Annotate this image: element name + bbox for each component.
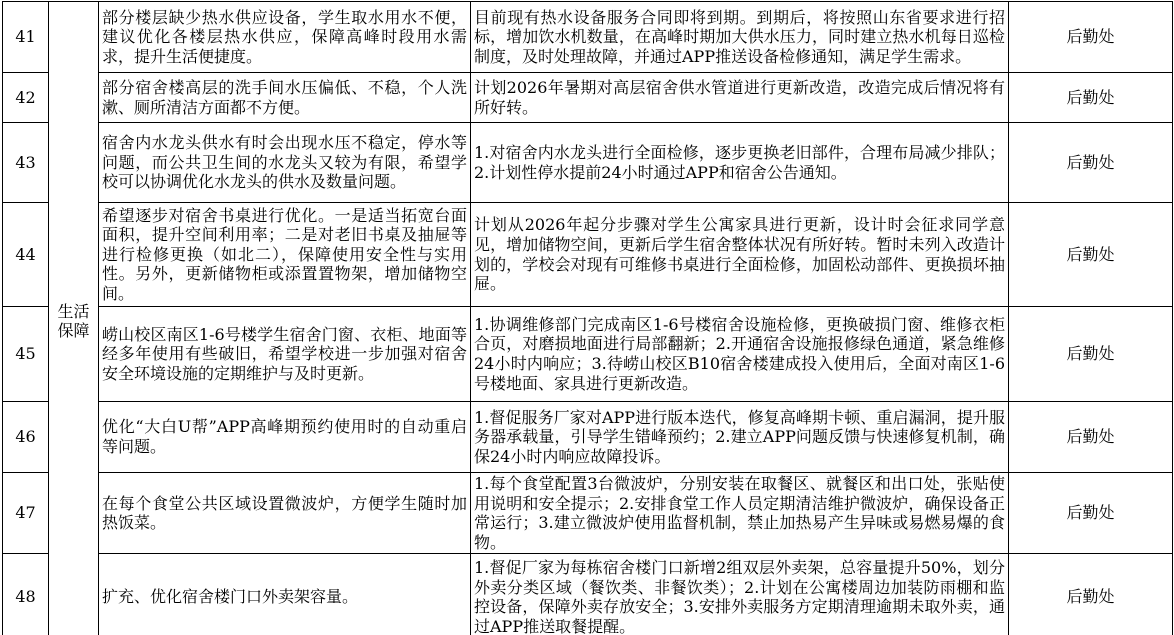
row-number-cell: 47 [3,473,49,554]
table-row: 42 部分宿舍楼高层的洗手间水压偏低、不稳，个人洗漱、厕所清洁方面都不方便。 计… [3,73,1173,123]
row-number-cell: 46 [3,402,49,473]
row-number-cell: 44 [3,203,49,307]
issue-cell: 宿舍内水龙头供水有时会出现水压不稳定，停水等问题，而公共卫生间的水龙头又较为有限… [99,123,471,203]
row-number-cell: 45 [3,307,49,402]
department-cell: 后勤处 [1009,73,1173,123]
table-row: 48 扩充、优化宿舍楼门口外卖架容量。 1.督促厂家为每栋宿舍楼门口新增2组双层… [3,554,1173,635]
row-number-cell: 42 [3,73,49,123]
response-cell: 1.对宿舍内水龙头进行全面检修，逐步更换老旧部件，合理布局减少排队；2.计划性停… [471,123,1009,203]
feedback-table: 41 生活保障 部分楼层缺少热水供应设备，学生取水用水不便，建议优化各楼层热水供… [2,1,1173,635]
table-row: 44 希望逐步对宿舍书桌进行优化。一是适当拓宽台面面积，提升空间利用率；二是对老… [3,203,1173,307]
table-body: 41 生活保障 部分楼层缺少热水供应设备，学生取水用水不便，建议优化各楼层热水供… [3,2,1173,635]
department-cell: 后勤处 [1009,2,1173,73]
department-cell: 后勤处 [1009,554,1173,635]
table-row: 47 在每个食堂公共区域设置微波炉，方便学生随时加热饭菜。 1.每个食堂配置3台… [3,473,1173,554]
response-cell: 1.协调维修部门完成南区1-6号楼宿舍设施检修，更换破损门窗、维修衣柜合页，对磨… [471,307,1009,402]
issue-cell: 崂山校区南区1-6号楼学生宿舍门窗、衣柜、地面等经多年使用有些破旧，希望学校进一… [99,307,471,402]
response-cell: 1.督促厂家为每栋宿舍楼门口新增2组双层外卖架，总容量提升50%，划分外卖分类区… [471,554,1009,635]
row-number-cell: 43 [3,123,49,203]
department-cell: 后勤处 [1009,203,1173,307]
issue-cell: 扩充、优化宿舍楼门口外卖架容量。 [99,554,471,635]
issue-cell: 部分宿舍楼高层的洗手间水压偏低、不稳，个人洗漱、厕所清洁方面都不方便。 [99,73,471,123]
table-row: 45 崂山校区南区1-6号楼学生宿舍门窗、衣柜、地面等经多年使用有些破旧，希望学… [3,307,1173,402]
response-cell: 计划2026年暑期对高层宿舍供水管道进行更新改造，改造完成后情况将有所好转。 [471,73,1009,123]
table-row: 46 优化“大白U帮”APP高峰期预约使用时的自动重启等问题。 1.督促服务厂家… [3,402,1173,473]
issue-cell: 部分楼层缺少热水供应设备，学生取水用水不便，建议优化各楼层热水供应，保障高峰时段… [99,2,471,73]
issue-cell: 在每个食堂公共区域设置微波炉，方便学生随时加热饭菜。 [99,473,471,554]
response-cell: 1.督促服务厂家对APP进行版本迭代，修复高峰期卡顿、重启漏洞，提升服务器承载量… [471,402,1009,473]
department-cell: 后勤处 [1009,123,1173,203]
table-row: 41 生活保障 部分楼层缺少热水供应设备，学生取水用水不便，建议优化各楼层热水供… [3,2,1173,73]
table-row: 43 宿舍内水龙头供水有时会出现水压不稳定，停水等问题，而公共卫生间的水龙头又较… [3,123,1173,203]
department-cell: 后勤处 [1009,402,1173,473]
response-cell: 计划从2026年起分步骤对学生公寓家具进行更新，设计时会征求同学意见，增加储物空… [471,203,1009,307]
category-cell: 生活保障 [49,2,99,635]
department-cell: 后勤处 [1009,307,1173,402]
row-number-cell: 41 [3,2,49,73]
response-cell: 目前现有热水设备服务合同即将到期。到期后，将按照山东省要求进行招标，增加饮水机数… [471,2,1009,73]
row-number-cell: 48 [3,554,49,635]
department-cell: 后勤处 [1009,473,1173,554]
issue-cell: 优化“大白U帮”APP高峰期预约使用时的自动重启等问题。 [99,402,471,473]
response-cell: 1.每个食堂配置3台微波炉，分别安装在取餐区、就餐区和出口处，张贴使用说明和安全… [471,473,1009,554]
issue-cell: 希望逐步对宿舍书桌进行优化。一是适当拓宽台面面积，提升空间利用率；二是对老旧书桌… [99,203,471,307]
